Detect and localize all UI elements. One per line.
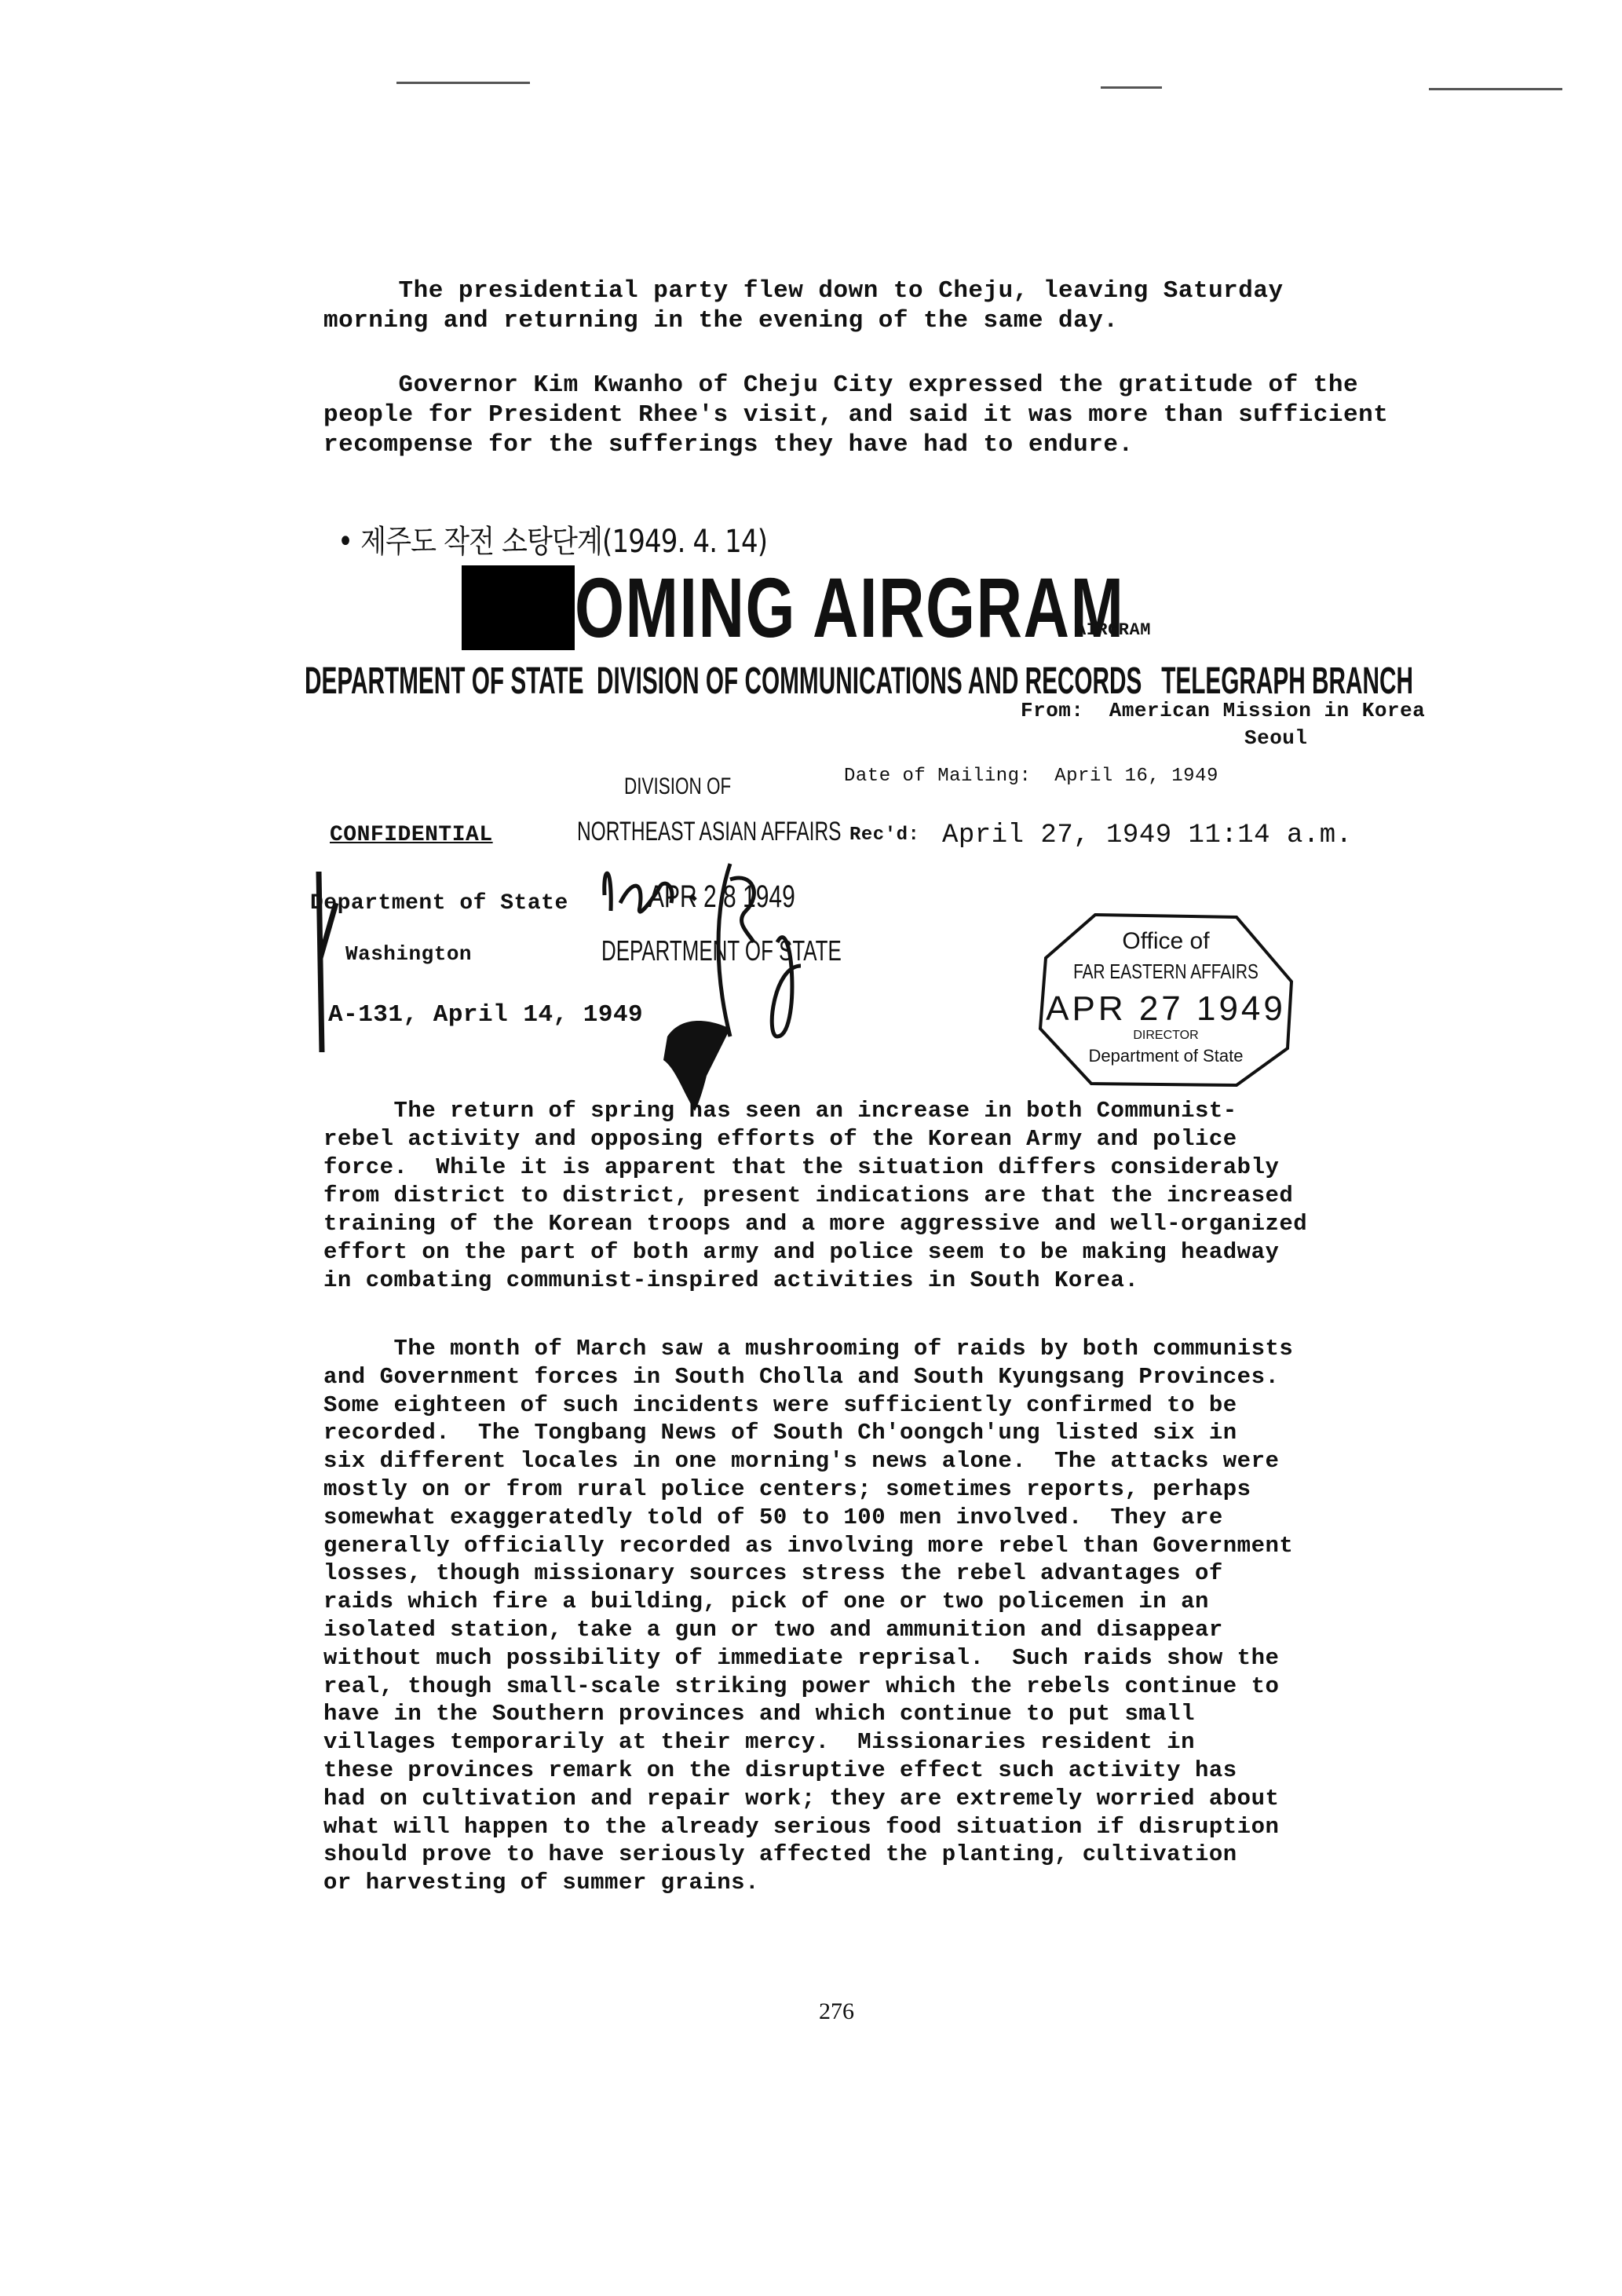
text-line: somewhat exaggeratedly told of 50 to 100… — [323, 1504, 1407, 1532]
far-eastern-affairs-stamp: Office of FAR EASTERN AFFAIRS APR 27 194… — [1036, 911, 1295, 1088]
text-line: have in the Southern provinces and which… — [323, 1700, 1407, 1728]
text-line: people for President Rhee's visit, and s… — [323, 400, 1407, 430]
text-line: or harvesting of summer grains. — [323, 1869, 1407, 1897]
text-line: mostly on or from rural police centers; … — [323, 1475, 1407, 1504]
text-line: what will happen to the already serious … — [323, 1813, 1407, 1841]
text-line: Governor Kim Kwanho of Cheju City expres… — [323, 371, 1407, 400]
text-line: these provinces remark on the disruptive… — [323, 1757, 1407, 1785]
text-line: losses, though missionary sources stress… — [323, 1559, 1407, 1588]
text-line: and Government forces in South Cholla an… — [323, 1363, 1407, 1391]
incoming-airgram-title: INCOMING AIRGRAM — [462, 565, 1124, 650]
received-label: Rec'd: — [849, 824, 919, 846]
obscured-title-prefix: INC — [462, 565, 575, 650]
reference-number: A-131, April 14, 1949 — [328, 1001, 643, 1029]
margin-mark-icon — [312, 872, 344, 1052]
text-line: without much possibility of immediate re… — [323, 1644, 1407, 1673]
from-city: Seoul — [1244, 726, 1308, 750]
stamp-line-1: Office of — [1036, 928, 1295, 955]
stamp-date: APR 27 1949 — [1036, 989, 1295, 1029]
body-paragraph-2: The month of March saw a mushrooming of … — [323, 1335, 1407, 1897]
handwritten-signature-icon — [597, 848, 879, 1052]
scan-artifact-rule — [1101, 86, 1162, 89]
department-header-line: DEPARTMENT OF STATE DIVISION OF COMMUNIC… — [305, 660, 1413, 703]
title-text: OMING AIRGRAM — [575, 560, 1124, 655]
text-line: Some eighteen of such incidents were suf… — [323, 1391, 1407, 1420]
text-line: villages temporarily at their mercy. Mis… — [323, 1728, 1407, 1757]
text-line: from district to district, present indic… — [323, 1182, 1407, 1210]
from-line: From: American Mission in Korea — [1021, 699, 1425, 722]
text-line: had on cultivation and repair work; they… — [323, 1785, 1407, 1813]
text-line: raids which fire a building, pick of one… — [323, 1588, 1407, 1616]
text-line: real, though small-scale striking power … — [323, 1673, 1407, 1701]
text-line: generally officially recorded as involvi… — [323, 1532, 1407, 1560]
classification-label: CONFIDENTIAL — [330, 823, 493, 847]
stamp-line-5: Department of State — [1036, 1046, 1295, 1066]
text-line: isolated station, take a gun or two and … — [323, 1616, 1407, 1644]
text-line: force. While it is apparent that the sit… — [323, 1153, 1407, 1182]
text-line: The month of March saw a mushrooming of … — [323, 1335, 1407, 1363]
text-line: recompense for the sufferings they have … — [323, 430, 1407, 460]
text-line: morning and returning in the evening of … — [323, 306, 1407, 336]
text-line: The presidential party flew down to Chej… — [323, 276, 1407, 306]
text-line: rebel activity and opposing efforts of t… — [323, 1125, 1407, 1153]
document-page: The presidential party flew down to Chej… — [0, 0, 1622, 2296]
addressee-city: Washington — [345, 942, 472, 966]
text-line: recorded. The Tongbang News of South Ch'… — [323, 1419, 1407, 1447]
received-datetime: April 27, 1949 11:14 a.m. — [942, 821, 1353, 850]
text-line: should prove to have seriously affected … — [323, 1841, 1407, 1869]
page-number: 276 — [819, 1998, 854, 2025]
text-line: The return of spring has seen an increas… — [323, 1097, 1407, 1125]
division-of-stamp: DIVISION OF — [624, 773, 731, 800]
stamp-line-4: DIRECTOR — [1036, 1029, 1295, 1043]
intro-paragraph-2: Governor Kim Kwanho of Cheju City expres… — [323, 371, 1407, 460]
intro-paragraph-1: The presidential party flew down to Chej… — [323, 276, 1407, 336]
date-of-mailing: Date of Mailing: April 16, 1949 — [844, 766, 1218, 787]
korean-caption: • 제주도 작전 소탕단계(1949. 4. 14) — [338, 517, 767, 561]
stamp-line-2: FAR EASTERN AFFAIRS — [1062, 960, 1269, 984]
office-stamp: NORTHEAST ASIAN AFFAIRS — [577, 817, 841, 847]
scan-artifact-rule — [396, 82, 530, 84]
addressee: Department of State — [310, 891, 568, 916]
body-paragraph-1: The return of spring has seen an increas… — [323, 1097, 1407, 1295]
text-line: effort on the part of both army and poli… — [323, 1238, 1407, 1267]
text-line: in combating communist-inspired activiti… — [323, 1267, 1407, 1295]
text-line: six different locales in one morning's n… — [323, 1447, 1407, 1475]
scan-artifact-rule — [1429, 88, 1562, 90]
airgram-small-label: AIRGRAM — [1076, 620, 1151, 640]
text-line: training of the Korean troops and a more… — [323, 1210, 1407, 1238]
